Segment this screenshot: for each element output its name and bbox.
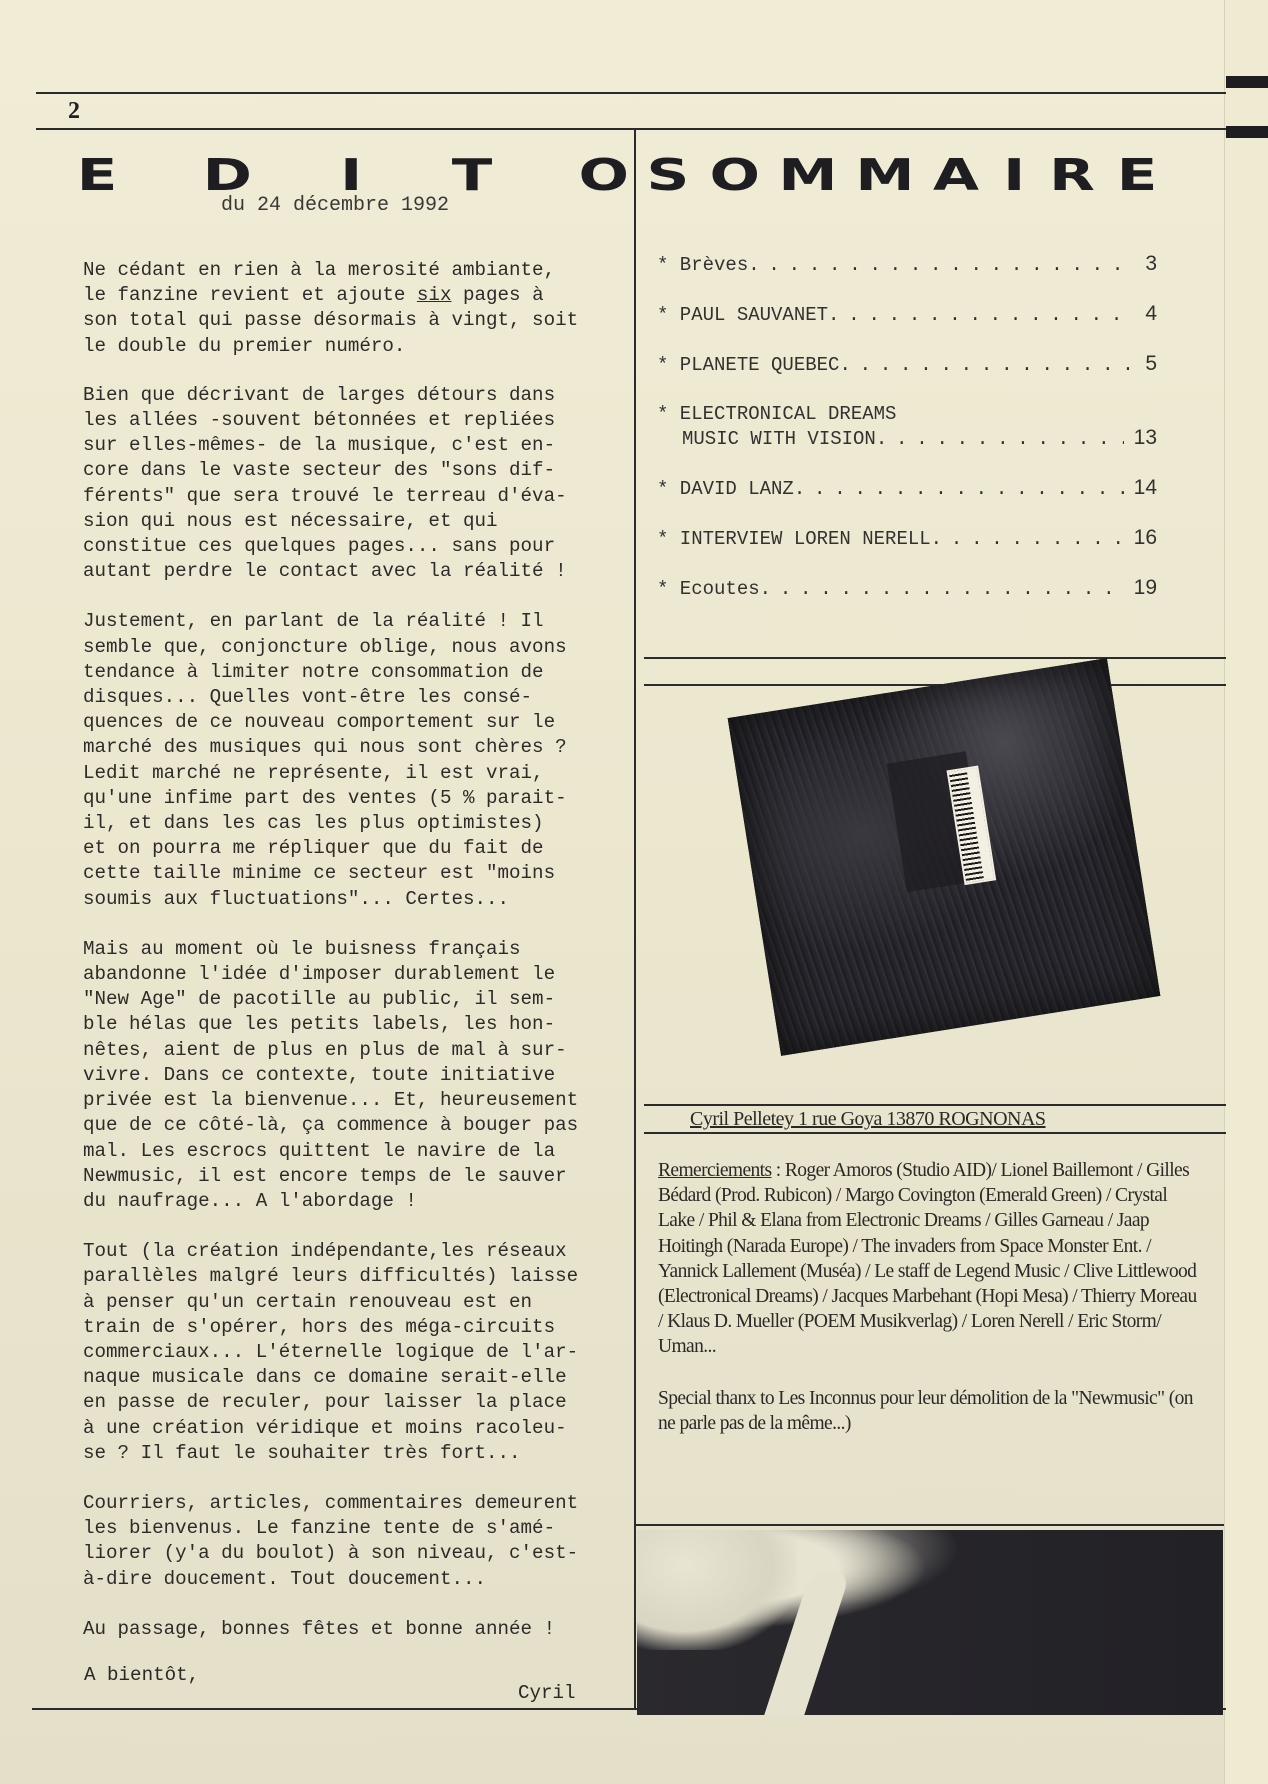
toc-item-david-lanz[interactable]: * DAVID LANZ14: [657, 476, 1157, 501]
contact-address: Cyril Pelletey 1 rue Goya 13870 ROGNONAS: [690, 1108, 1046, 1131]
header-rule-top: [36, 92, 1226, 94]
page-number: 2: [68, 98, 80, 125]
thanks-paragraph: Remerciements : Roger Amoros (Studio AID…: [658, 1158, 1198, 1360]
acknowledgements: Remerciements : Roger Amoros (Studio AID…: [658, 1158, 1198, 1462]
photo-rule: [636, 1524, 1224, 1526]
edge-bar-top: [1226, 76, 1268, 88]
table-of-contents: * Brèves3 * PAUL SAUVANET4 * PLANETE QUE…: [657, 252, 1157, 626]
sommaire-title: S O M M A I R E: [652, 150, 1152, 201]
photo-sky: [637, 1530, 797, 1650]
edito-paragraph-6: Courriers, articles, commentaires demeur…: [83, 1491, 643, 1592]
album-cover-photo: [728, 658, 1161, 1056]
landscape-photo: [637, 1530, 1223, 1715]
page-edge-strip: [1224, 0, 1268, 1784]
edito-paragraph-7: Au passage, bonnes fêtes et bonne année …: [83, 1617, 643, 1642]
edito-paragraph-4: Mais au moment où le buisness français a…: [83, 937, 643, 1214]
edito-paragraph-2: Bien que décrivant de larges détours dan…: [83, 383, 643, 585]
special-thanks: Special thanx to Les Inconnus pour leur …: [658, 1386, 1198, 1436]
toc-item-paul-sauvanet[interactable]: * PAUL SAUVANET4: [657, 302, 1157, 327]
edito-date: du 24 décembre 1992: [60, 194, 610, 217]
edito-body: Ne cédant en rien à la merosité ambiante…: [83, 258, 643, 1667]
sommaire-rule-1: [644, 657, 1226, 659]
edge-bar-bottom: [1226, 126, 1268, 138]
edito-paragraph-1: Ne cédant en rien à la merosité ambiante…: [83, 258, 643, 359]
toc-item-ecoutes[interactable]: * Ecoutes19: [657, 576, 1157, 601]
toc-item-breves[interactable]: * Brèves3: [657, 252, 1157, 277]
header-rule-bottom: [36, 128, 1226, 130]
edito-paragraph-5: Tout (la création indépendante,les résea…: [83, 1239, 643, 1466]
edito-signoff: A bientôt,: [84, 1664, 199, 1686]
toc-item-planete-quebec[interactable]: * PLANETE QUEBEC5: [657, 352, 1157, 377]
address-rule-top: [644, 1104, 1226, 1106]
toc-item-interview-loren-nerell[interactable]: * INTERVIEW LOREN NERELL16: [657, 526, 1157, 551]
toc-item-electronical-dreams[interactable]: * ELECTRONICAL DREAMS MUSIC WITH VISION1…: [657, 402, 1157, 451]
edito-signature: Cyril: [518, 1682, 576, 1704]
address-rule-bottom: [644, 1132, 1226, 1134]
edito-paragraph-3: Justement, en parlant de la réalité ! Il…: [83, 609, 643, 911]
